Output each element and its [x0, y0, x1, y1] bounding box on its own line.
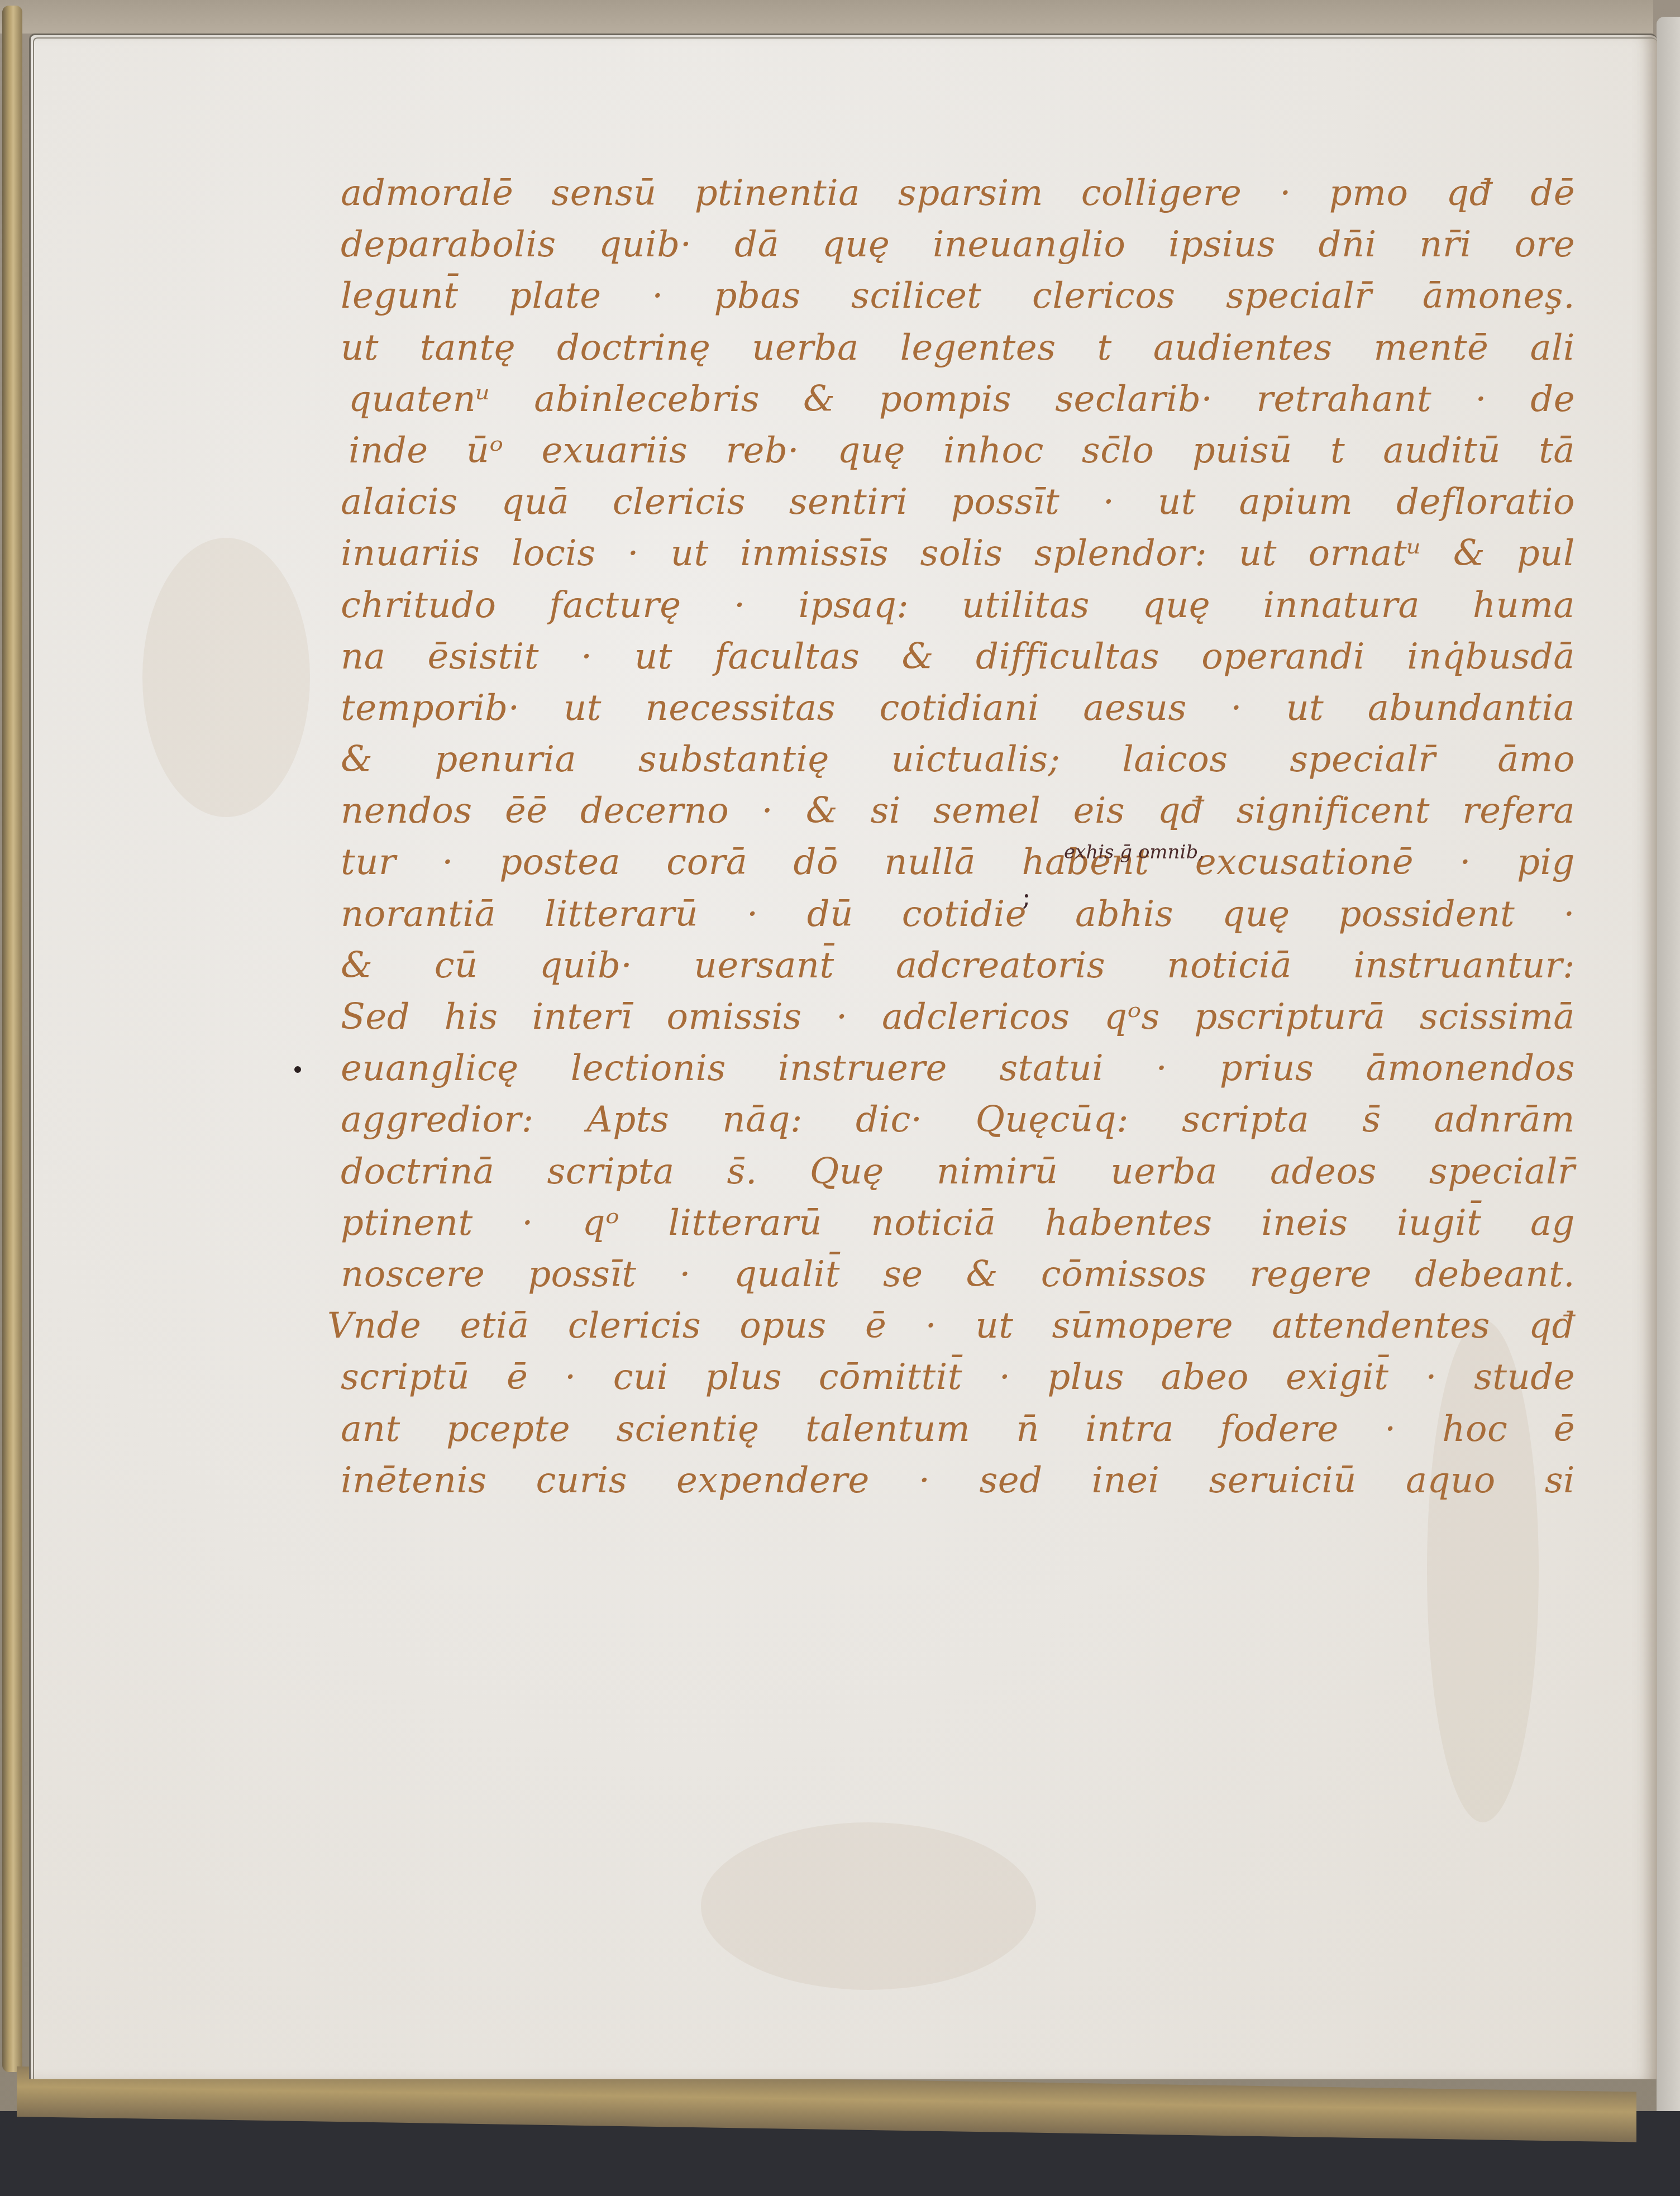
manuscript-text-block: admoralē sensū ptinentia sparsim collige…: [341, 168, 1575, 1506]
text-line-15: norantiā litterarū · dū cotidie abhis qu…: [341, 889, 1575, 940]
text-line-3: legunt̄ plate · pbas scilicet clericos s…: [341, 270, 1575, 322]
text-line-6: inde ūᵒ exuariis reb· quę inhoc sc̄lo pu…: [349, 425, 1575, 476]
text-line-14: tur · postea corā dō nullā habent excusa…: [341, 837, 1575, 888]
text-line-5: quatenᵘ abinlecebris & pompis seclarib· …: [349, 374, 1575, 425]
adjacent-leaf-edge: [1657, 17, 1680, 2133]
text-line-20: doctrinā scripta s̄. Quę nimirū uerba ad…: [341, 1146, 1575, 1197]
text-line-9: chritudo facturę · ipsaq: utilitas quę i…: [341, 580, 1575, 631]
text-line-19: aggredior: Apts nāq: dic· Quęcūq: script…: [341, 1094, 1575, 1145]
text-line-21: ptinent · qᵒ litterarū noticiā habentes …: [341, 1197, 1575, 1249]
parchment-stain: [701, 1822, 1036, 1990]
insertion-mark: ;: [1022, 881, 1031, 911]
text-line-12: & penuria substantię uictualis; laicos s…: [341, 734, 1575, 785]
text-line-13: nendos ēē decerno · & si semel eis qđ si…: [341, 785, 1575, 837]
text-line-4: ut tantę doctrinę uerba legentes t audie…: [341, 322, 1575, 374]
text-line-22: noscere possīt · qualit̄ se & cōmissos r…: [341, 1249, 1575, 1300]
margin-ink-dot: [294, 1066, 301, 1073]
interlinear-gloss: exhis ḡ omnib,: [1064, 841, 1204, 863]
text-line-26: inētenis curis expendere · sed inei seru…: [341, 1455, 1575, 1506]
text-line-1: admoralē sensū ptinentia sparsim collige…: [341, 168, 1575, 219]
text-line-24: scriptū ē · cui plus cōmittit̄ · plus ab…: [341, 1352, 1575, 1403]
text-line-7: alaicis quā clericis sentiri possīt · ut…: [341, 476, 1575, 528]
text-line-23: Vnde etiā clericis opus ē · ut sūmopere …: [327, 1300, 1575, 1352]
text-line-17: Sed his interī omissis · adclericos qᵒs …: [341, 991, 1575, 1043]
text-line-11: temporib· ut necessitas cotidiani aesus …: [341, 682, 1575, 734]
parchment-stain: [142, 538, 310, 817]
binding-top-board: [0, 0, 1653, 34]
text-line-18: euanglicę lectionis instruere statui · p…: [341, 1043, 1575, 1094]
text-line-2: deparabolis quib· dā quę ineuanglio ipsi…: [341, 219, 1575, 270]
gilt-page-edge-left: [2, 6, 22, 2072]
text-line-8: inuariis locis · ut inmissīs solis splen…: [341, 528, 1575, 579]
text-line-25: ant pcepte scientię talentum n̄ intra fo…: [341, 1403, 1575, 1455]
text-line-16: & cū quib· uersant̄ adcreatoris noticiā …: [341, 940, 1575, 991]
text-line-10: na ēsistit · ut facultas & difficultas o…: [341, 631, 1575, 682]
